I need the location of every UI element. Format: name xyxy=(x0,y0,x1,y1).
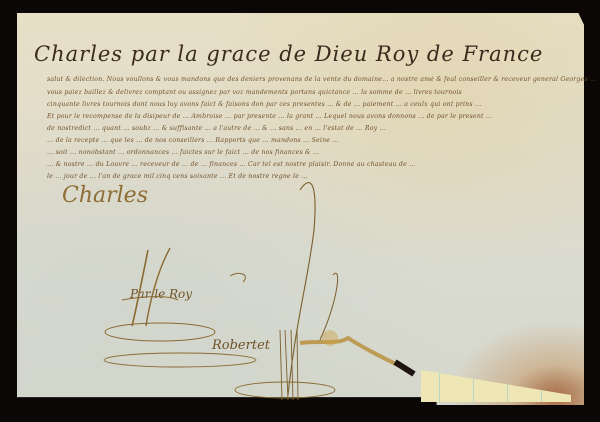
flourish-strokes xyxy=(0,0,600,422)
